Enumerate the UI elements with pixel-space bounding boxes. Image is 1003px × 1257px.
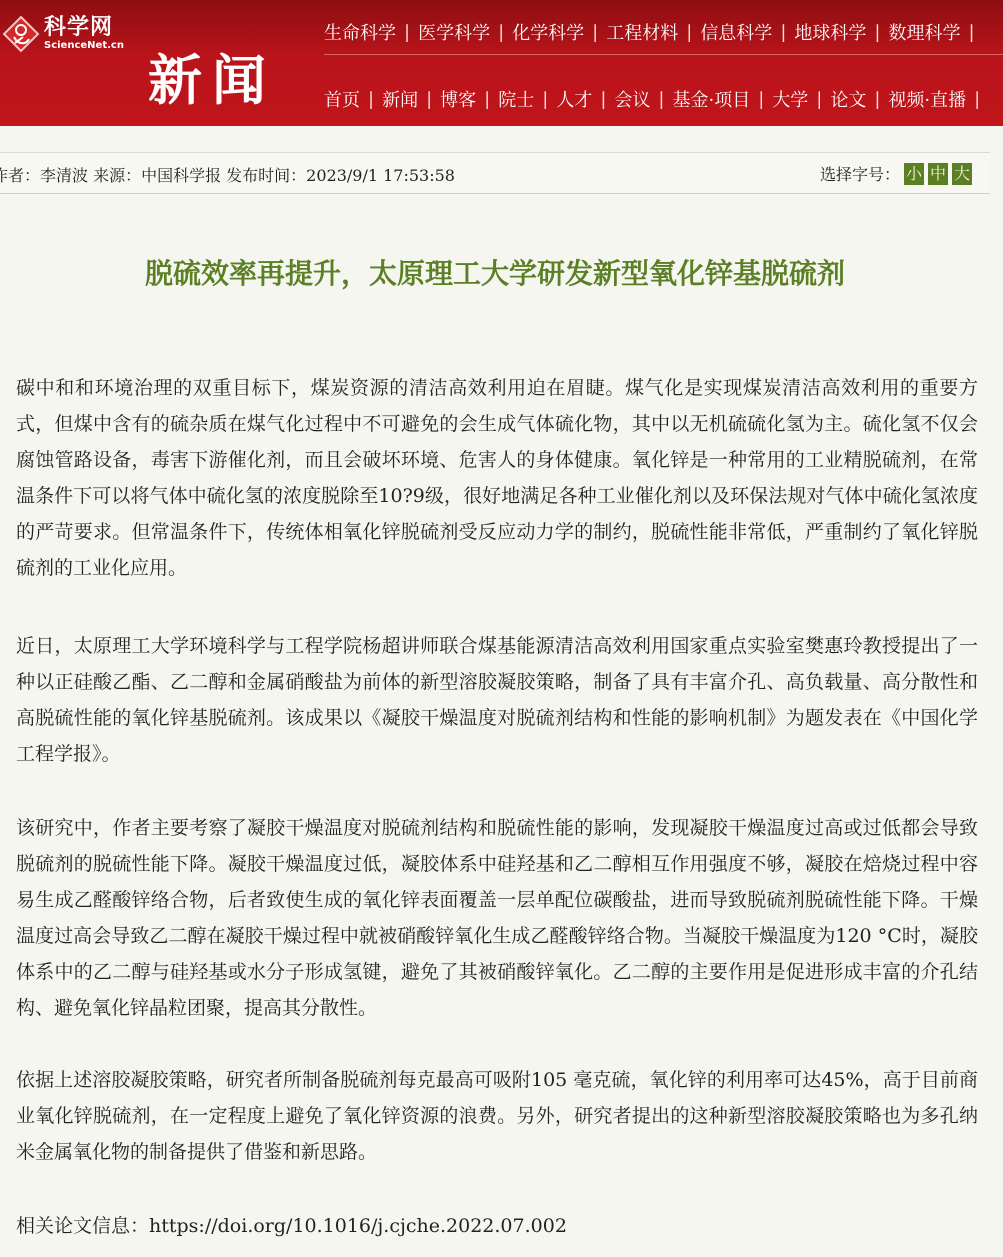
nav-engineering-materials[interactable]: 工程材料 — [606, 19, 678, 45]
site-header: 科学网 ScienceNet.cn 新闻 生命科学| 医学科学| 化学科学| 工… — [0, 0, 1003, 126]
article-paragraph: 近日，太原理工大学环境科学与工程学院杨超讲师联合煤基能源清洁高效利用国家重点实验… — [16, 628, 978, 772]
sciencenet-logo[interactable]: 科学网 ScienceNet.cn — [2, 10, 142, 58]
section-title: 新闻 — [148, 50, 276, 112]
nav-universities[interactable]: 大学 — [772, 86, 808, 112]
article-paragraph: 依据上述溶胶凝胶策略，研究者所制备脱硫剂每克最高可吸附105 毫克硫，氧化锌的利… — [16, 1062, 978, 1170]
nav-separator: | — [426, 89, 432, 110]
nav-separator: | — [498, 22, 504, 43]
nav-separator: | — [974, 89, 980, 110]
nav-blog[interactable]: 博客 — [440, 86, 476, 112]
nav-medical-science[interactable]: 医学科学 — [418, 19, 490, 45]
nav-academicians[interactable]: 院士 — [498, 86, 534, 112]
nav-papers[interactable]: 论文 — [830, 86, 866, 112]
nav-separator: | — [686, 22, 692, 43]
nav-separator: | — [592, 22, 598, 43]
nav-separator: | — [874, 22, 880, 43]
logo-chinese-name: 科学网 — [44, 16, 124, 40]
nav-home[interactable]: 首页 — [324, 86, 360, 112]
article-meta-bar: 作者：李清波 来源：中国科学报 发布时间：2023/9/1 17:53:58 选… — [0, 152, 990, 194]
logo-emblem-icon — [2, 15, 40, 53]
font-size-large-button[interactable]: 大 — [952, 163, 972, 185]
nav-news[interactable]: 新闻 — [382, 86, 418, 112]
nav-earth-science[interactable]: 地球科学 — [794, 19, 866, 45]
nav-conferences[interactable]: 会议 — [614, 86, 650, 112]
nav-math-physics[interactable]: 数理科学 — [888, 19, 960, 45]
nav-video-live[interactable]: 视频·直播 — [888, 86, 966, 112]
nav-life-science[interactable]: 生命科学 — [324, 19, 396, 45]
nav-separator: | — [484, 89, 490, 110]
nav-separator: | — [816, 89, 822, 110]
article-byline: 作者：李清波 来源：中国科学报 发布时间：2023/9/1 17:53:58 — [0, 163, 455, 186]
related-paper-info: 相关论文信息：https://doi.org/10.1016/j.cjche.2… — [16, 1208, 978, 1244]
nav-separator: | — [368, 89, 374, 110]
nav-talent[interactable]: 人才 — [556, 86, 592, 112]
nav-separator: | — [968, 22, 974, 43]
nav-funds-projects[interactable]: 基金·项目 — [672, 86, 750, 112]
logo-english-name: ScienceNet.cn — [44, 40, 124, 52]
nav-separator: | — [874, 89, 880, 110]
font-size-selector: 选择字号： 小 中 大 — [820, 162, 972, 185]
nav-separator: | — [542, 89, 548, 110]
related-paper-label: 相关论文信息： — [16, 1215, 149, 1237]
font-size-small-button[interactable]: 小 — [904, 163, 924, 185]
nav-separator: | — [780, 22, 786, 43]
nav-information-science[interactable]: 信息科学 — [700, 19, 772, 45]
main-nav: 首页| 新闻| 博客| 院士| 人才| 会议| 基金·项目| 大学| 论文| 视… — [324, 85, 1003, 113]
nav-separator: | — [658, 89, 664, 110]
article-paragraph: 该研究中，作者主要考察了凝胶干燥温度对脱硫剂结构和脱硫性能的影响，发现凝胶干燥温… — [16, 810, 978, 1026]
font-size-medium-button[interactable]: 中 — [928, 163, 948, 185]
article-title: 脱硫效率再提升，太原理工大学研发新型氧化锌基脱硫剂 — [0, 252, 990, 292]
article-paragraph: 碳中和和环境治理的双重目标下，煤炭资源的清洁高效利用迫在眉睫。煤气化是实现煤炭清… — [16, 370, 978, 586]
nav-separator: | — [600, 89, 606, 110]
nav-divider — [324, 54, 1003, 55]
font-size-label: 选择字号： — [820, 162, 900, 185]
nav-separator: | — [758, 89, 764, 110]
nav-separator: | — [404, 22, 410, 43]
nav-chemical-science[interactable]: 化学科学 — [512, 19, 584, 45]
doi-link[interactable]: https://doi.org/10.1016/j.cjche.2022.07.… — [149, 1215, 567, 1237]
subject-nav: 生命科学| 医学科学| 化学科学| 工程材料| 信息科学| 地球科学| 数理科学… — [324, 18, 1003, 46]
